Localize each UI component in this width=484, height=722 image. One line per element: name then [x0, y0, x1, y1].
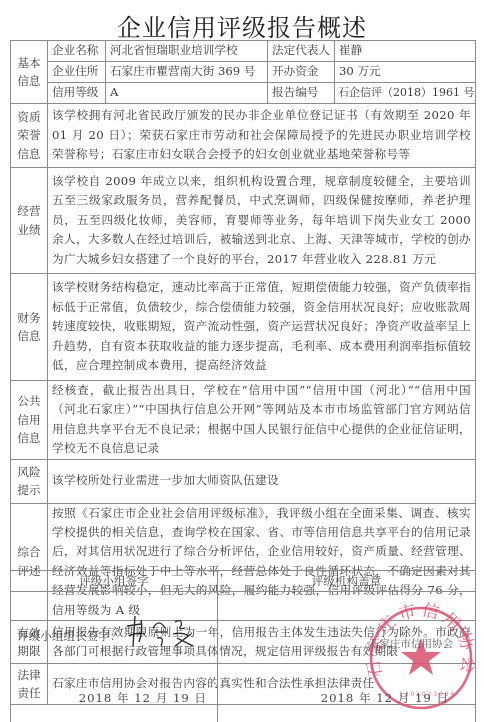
team-signature-date: 2018 年 12 月 19 日: [79, 690, 207, 706]
section-label-performance: 经营业绩: [11, 168, 48, 274]
section-text-qualification: 该学校拥有河北省民政厅颁发的民办非企业单位登记证书（有效期至 2020 年 01…: [48, 104, 476, 168]
field-label-legal-rep: 法定代表人: [268, 41, 335, 62]
section-label-text: 财务信息: [16, 309, 42, 346]
section-text-performance: 该学校自 2009 年成立以来，组织机构设置合理，规章制度较健全，主要培训五至三…: [48, 168, 476, 274]
signature-table: 评级小组签字 评级机构盖章 评级小组组长签字： 2018 年 12 月 19 日…: [10, 570, 476, 722]
section-label-text: 资质荣誉信息: [16, 108, 42, 164]
section-text-finance: 该学校财务结构稳定，速动比率高于正常值，短期偿债能力较强，资产负债率指标低于正常…: [48, 274, 476, 381]
field-value-report-no: 石企信评（2018）1961 号: [335, 83, 476, 104]
section-row-public-credit: 公共信用信息 经核查，截止报告出具日，学校在“信用中国”“信用中国（河北）”“信…: [11, 381, 476, 460]
section-label-text: 经营业绩: [16, 202, 42, 239]
section-row-qualification: 资质荣誉信息 该学校拥有河北省民政厅颁发的民办非企业单位登记证书（有效期至 20…: [11, 104, 476, 168]
rating-team-signature-header: 评级小组签字: [11, 571, 218, 592]
field-value-address: 石家庄市瞿营南大街 369 号: [106, 62, 268, 83]
field-value-credit-grade: A: [106, 83, 268, 104]
section-row-performance: 经营业绩 该学校自 2009 年成立以来，组织机构设置合理，规章制度较健全，主要…: [11, 168, 476, 274]
org-name-text: 石家庄市信用协会: [369, 636, 453, 651]
field-label-address: 企业住所: [48, 62, 106, 83]
section-row-finance: 财务信息 该学校财务结构稳定，速动比率高于正常值，短期偿债能力较强，资产负债率指…: [11, 274, 476, 381]
basic-label-text: 基本信息: [16, 54, 42, 91]
team-leader-signature-label: 评级小组组长签字：: [17, 628, 121, 644]
signature-area-row: 评级小组组长签字： 2018 年 12 月 19 日 石家庄市信用协会 1 3 …: [11, 592, 476, 722]
section-row-risk: 风险提示 该学校所处行业需进一步加大师资队伍建设: [11, 459, 476, 503]
handwritten-signature-icon: [123, 614, 201, 648]
org-stamp-date: 2018 年 12 月 19 日: [321, 690, 449, 706]
basic-row-1: 基本信息 企业名称 河北省恒瑞职业培训学校 法定代表人 崔静: [11, 41, 476, 62]
section-label-basic: 基本信息: [11, 41, 48, 104]
field-value-capital: 30 万元: [335, 62, 476, 83]
section-label-text: 公共信用信息: [16, 392, 42, 448]
section-label-text: 风险提示: [16, 463, 42, 500]
section-text-public-credit: 经核查，截止报告出具日，学校在“信用中国”“信用中国（河北）”“信用中国（河北石…: [48, 381, 476, 460]
field-label-credit-grade: 信用等级: [48, 83, 106, 104]
field-label-report-no: 报告编号: [268, 83, 335, 104]
basic-row-2: 企业住所 石家庄市瞿营南大街 369 号 开办资金 30 万元: [11, 62, 476, 83]
field-value-legal-rep: 崔静: [335, 41, 476, 62]
section-label-public-credit: 公共信用信息: [11, 381, 48, 460]
rating-org-stamp-header: 评级机构盖章: [218, 571, 476, 592]
signature-header-row: 评级小组签字 评级机构盖章: [11, 571, 476, 592]
field-label-capital: 开办资金: [268, 62, 335, 83]
section-text-risk: 该学校所处行业需进一步加大师资队伍建设: [48, 459, 476, 503]
field-value-company-name: 河北省恒瑞职业培训学校: [106, 41, 268, 62]
field-label-company-name: 企业名称: [48, 41, 106, 62]
section-label-finance: 财务信息: [11, 274, 48, 381]
basic-row-3: 信用等级 A 报告编号 石企信评（2018）1961 号: [11, 83, 476, 104]
org-stamp-cell: 石家庄市信用协会 1 3 0 1 0 2 3 0 9 4 石家庄市信用协会 20…: [218, 592, 476, 722]
section-label-risk: 风险提示: [11, 459, 48, 503]
team-signature-cell: 评级小组组长签字： 2018 年 12 月 19 日: [11, 592, 218, 722]
section-label-qualification: 资质荣誉信息: [11, 104, 48, 168]
report-title: 企业信用评级报告概述: [0, 8, 484, 43]
